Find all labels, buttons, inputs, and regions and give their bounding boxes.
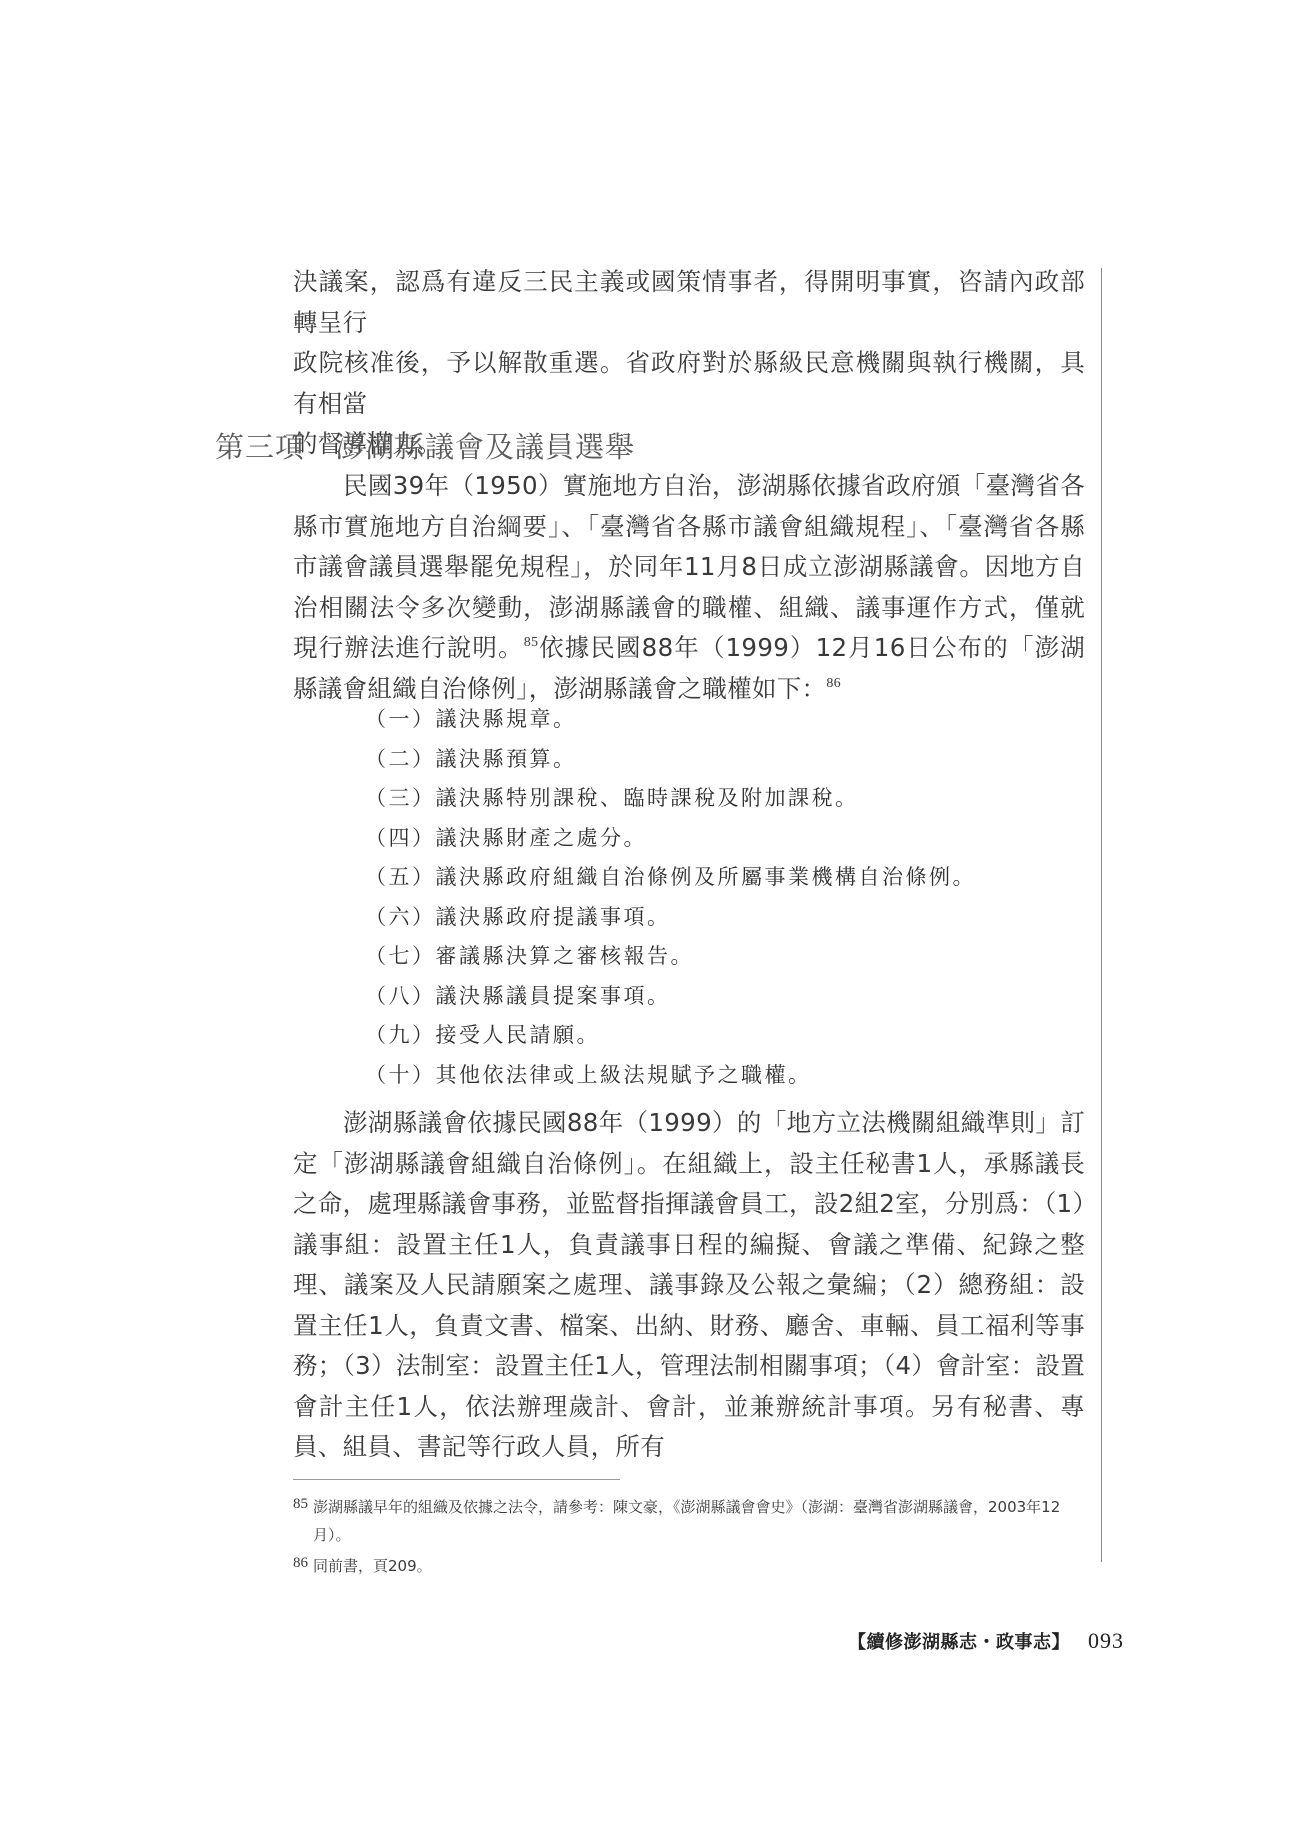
section-number: 第三項 xyxy=(215,430,305,464)
list-item: （三）議決縣特別課稅、臨時課稅及附加課稅。 xyxy=(365,779,976,819)
section-title: 澎湖縣議會及議員選舉 xyxy=(335,430,635,464)
page-number: 093 xyxy=(1088,1628,1124,1653)
footnote-text: 澎湖縣議早年的組織及依據之法令，請參考：陳文豪，《澎湖縣議會會史》（澎湖：臺灣省… xyxy=(313,1498,1060,1544)
section-heading: 第三項澎湖縣議會及議員選舉 xyxy=(215,425,635,466)
list-item: （八）議決縣議員提案事項。 xyxy=(365,977,976,1017)
footnote-86: 86同前書，頁209。 xyxy=(293,1549,1093,1580)
footnote-number: 85 xyxy=(293,1490,313,1518)
list-item: （七）審議縣決算之審核報告。 xyxy=(365,937,976,977)
list-item: （二）議決縣預算。 xyxy=(365,740,976,780)
intro-paragraph: 民國39年（1950）實施地方自治，澎湖縣依據省政府頒「臺灣省各縣市實施地方自治… xyxy=(293,466,1085,709)
list-item: （四）議決縣財產之處分。 xyxy=(365,819,976,859)
footnote-text: 同前書，頁209。 xyxy=(313,1557,432,1575)
list-item: （一）議決縣規章。 xyxy=(365,700,976,740)
organization-paragraph-block: 澎湖縣議會依據民國88年（1999）的「地方立法機關組織準則」訂定「澎湖縣議會組… xyxy=(293,1103,1085,1468)
list-item: （十）其他依法律或上級法規賦予之職權。 xyxy=(365,1056,976,1096)
running-footer: 【續修澎湖縣志・政事志】093 xyxy=(848,1628,1124,1654)
footnote-ref-86[interactable]: 86 xyxy=(826,676,841,691)
footnote-ref-85[interactable]: 85 xyxy=(524,635,539,650)
organization-paragraph: 澎湖縣議會依據民國88年（1999）的「地方立法機關組織準則」訂定「澎湖縣議會組… xyxy=(293,1103,1085,1468)
footnote-separator xyxy=(293,1479,620,1480)
list-item: （六）議決縣政府提議事項。 xyxy=(365,898,976,938)
powers-list: （一）議決縣規章。 （二）議決縣預算。 （三）議決縣特別課稅、臨時課稅及附加課稅… xyxy=(365,700,976,1095)
list-item: （九）接受人民請願。 xyxy=(365,1016,976,1056)
document-page: 決議案，認爲有違反三民主義或國策情事者，得開明事實，咨請內政部轉呈行 政院核准後… xyxy=(0,0,1300,1838)
margin-rule xyxy=(1101,268,1102,1562)
footnote-number: 86 xyxy=(293,1549,313,1577)
text-line: 決議案，認爲有違反三民主義或國策情事者，得開明事實，咨請內政部轉呈行 xyxy=(293,262,1085,343)
footnotes: 85澎湖縣議早年的組織及依據之法令，請參考：陳文豪，《澎湖縣議會會史》（澎湖：臺… xyxy=(293,1490,1093,1580)
book-title: 【續修澎湖縣志・政事志】 xyxy=(848,1632,1070,1653)
text-line: 政院核准後，予以解散重選。省政府對於縣級民意機關與執行機關，具有相當 xyxy=(293,343,1085,424)
footnote-85: 85澎湖縣議早年的組織及依據之法令，請參考：陳文豪，《澎湖縣議會會史》（澎湖：臺… xyxy=(293,1490,1093,1549)
intro-paragraph-block: 民國39年（1950）實施地方自治，澎湖縣依據省政府頒「臺灣省各縣市實施地方自治… xyxy=(293,466,1085,709)
list-item: （五）議決縣政府組織自治條例及所屬事業機構自治條例。 xyxy=(365,858,976,898)
